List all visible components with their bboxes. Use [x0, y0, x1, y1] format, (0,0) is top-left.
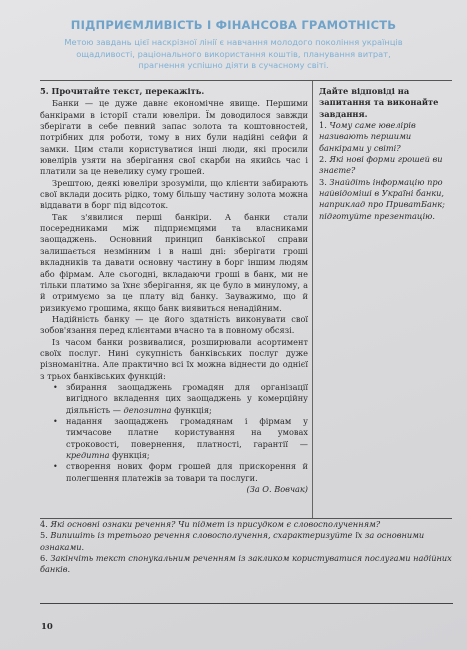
section-subtitle: Метою завдань цієї наскрізної лінії є на…	[34, 37, 434, 72]
sidebar-question: 2. Які нові форми грошей ви знаєте?	[319, 154, 453, 177]
follow-up-questions: 4. Які основні ознаки речення? Чи підмет…	[40, 519, 452, 576]
footer-divider	[40, 603, 453, 604]
paragraph: Із часом банки розвивалися, розширювали …	[40, 337, 308, 382]
bullet-icon: •	[53, 416, 58, 427]
function-name: депозитна	[124, 405, 172, 415]
subtitle-line: ощадливості, раціонального використання …	[76, 49, 391, 59]
sidebar-question: 1. Чому саме ювелірів називають першими …	[319, 120, 453, 154]
section-title: ПІДПРИЄМЛИВІСТЬ І ФІНАНСОВА ГРАМОТНІСТЬ	[0, 18, 467, 32]
list-item: • збирання заощаджень громадян для орган…	[66, 382, 308, 416]
list-item: • створення нових форм грошей для приско…	[66, 461, 308, 484]
questions-sidebar: Дайте відповіді на запитання та виконайт…	[312, 81, 453, 518]
sidebar-title: Дайте відповіді на запитання та виконайт…	[319, 86, 453, 120]
task-5-title: 5. Прочитайте текст, перекажіть.	[40, 86, 308, 97]
paragraph: Зрештою, деякі ювеліри зрозуміли, що клі…	[40, 178, 308, 212]
paragraph: Так з'явилися перші банкіри. А банки ста…	[40, 212, 308, 314]
paragraph: Надійність банку — це його здатність вик…	[40, 314, 308, 337]
task-table: 5. Прочитайте текст, перекажіть. Банки —…	[40, 80, 452, 519]
bank-functions-list: • збирання заощаджень громадян для орган…	[40, 382, 308, 484]
question-item: 4. Які основні ознаки речення? Чи підмет…	[40, 519, 452, 530]
question-item: 5. Випишіть із третього речення словоспо…	[40, 530, 452, 553]
bullet-icon: •	[53, 461, 58, 472]
reading-text-column: 5. Прочитайте текст, перекажіть. Банки —…	[40, 81, 308, 518]
question-item: 6. Закінчіть текст спонукальним реченням…	[40, 553, 452, 576]
subtitle-line: Метою завдань цієї наскрізної лінії є на…	[64, 37, 402, 47]
function-name: кредитна	[66, 450, 109, 460]
paragraph: Банки — це дуже давнє економічне явище. …	[40, 98, 308, 177]
list-item: • надання заощаджень громадянам і фірмам…	[66, 416, 308, 461]
source-attribution: (За О. Вовчак)	[40, 484, 308, 495]
page-number: 10	[41, 622, 53, 632]
sidebar-question: 3. Знайдіть інформацію про найвідоміші в…	[319, 177, 453, 222]
section-header: ПІДПРИЄМЛИВІСТЬ І ФІНАНСОВА ГРАМОТНІСТЬ …	[0, 18, 467, 72]
bullet-icon: •	[53, 382, 58, 393]
subtitle-line: прагнення успішно діяти в сучасному світ…	[138, 60, 328, 70]
